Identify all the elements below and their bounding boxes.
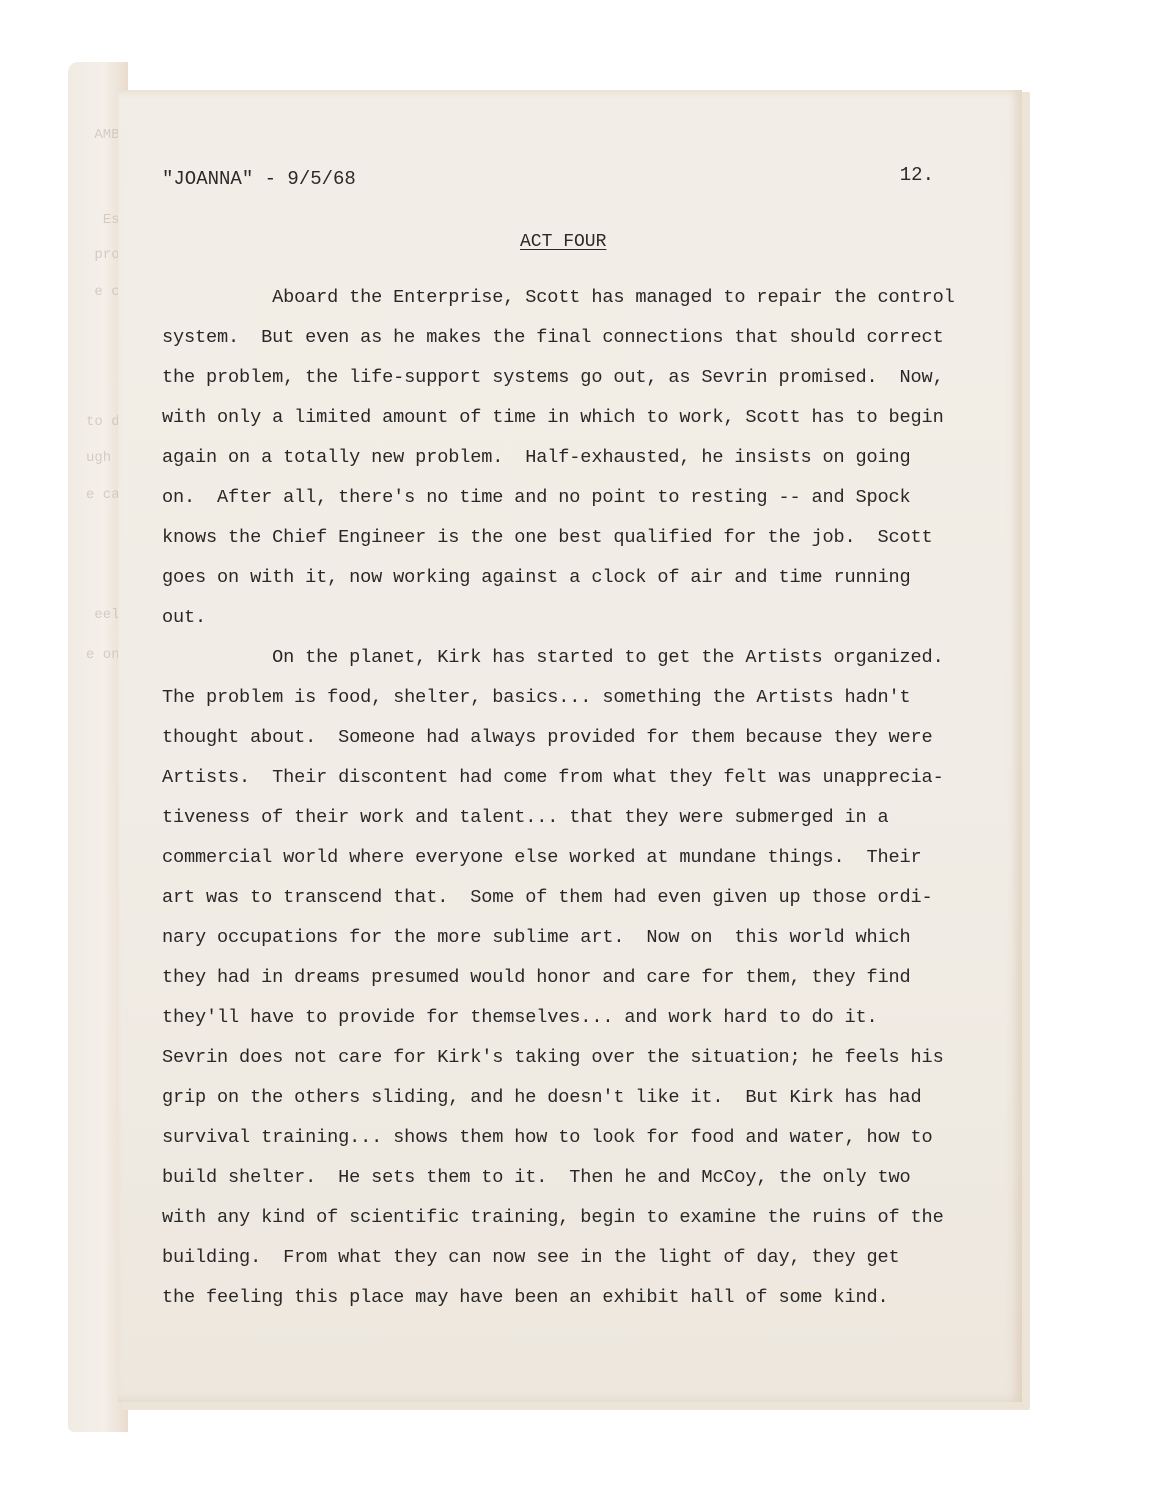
text-line: build shelter. He sets them to it. Then … [162, 1158, 1022, 1198]
text-line: art was to transcend that. Some of them … [162, 878, 1022, 918]
text-line: Aboard the Enterprise, Scott has managed… [162, 278, 1022, 318]
text-line: goes on with it, now working against a c… [162, 558, 1022, 598]
text-line: the feeling this place may have been an … [162, 1278, 1022, 1318]
section-title: ACT FOUR [520, 232, 606, 252]
text-line: they had in dreams presumed would honor … [162, 958, 1022, 998]
script-title-header: "JOANNA" - 9/5/68 [162, 168, 356, 190]
text-line: survival training... shows them how to l… [162, 1118, 1022, 1158]
body-text: Aboard the Enterprise, Scott has managed… [162, 278, 1022, 1318]
text-line: system. But even as he makes the final c… [162, 318, 1022, 358]
text-line: on. After all, there's no time and no po… [162, 478, 1022, 518]
text-line: commercial world where everyone else wor… [162, 838, 1022, 878]
text-line: nary occupations for the more sublime ar… [162, 918, 1022, 958]
page-number: 12. [900, 164, 934, 186]
text-line: Sevrin does not care for Kirk's taking o… [162, 1038, 1022, 1078]
text-line: knows the Chief Engineer is the one best… [162, 518, 1022, 558]
text-line: The problem is food, shelter, basics... … [162, 678, 1022, 718]
paragraph: On the planet, Kirk has started to get t… [162, 638, 1022, 1318]
text-line: building. From what they can now see in … [162, 1238, 1022, 1278]
text-line: again on a totally new problem. Half-exh… [162, 438, 1022, 478]
text-line: tiveness of their work and talent... tha… [162, 798, 1022, 838]
text-line: with only a limited amount of time in wh… [162, 398, 1022, 438]
text-line: they'll have to provide for themselves..… [162, 998, 1022, 1038]
paragraph: Aboard the Enterprise, Scott has managed… [162, 278, 1022, 638]
text-line: the problem, the life-support systems go… [162, 358, 1022, 398]
text-line: On the planet, Kirk has started to get t… [162, 638, 1022, 678]
text-line: out. [162, 598, 1022, 638]
text-line: grip on the others sliding, and he doesn… [162, 1078, 1022, 1118]
text-line: Artists. Their discontent had come from … [162, 758, 1022, 798]
script-page: "JOANNA" - 9/5/68 12. ACT FOUR Aboard th… [118, 90, 1022, 1402]
text-line: with any kind of scientific training, be… [162, 1198, 1022, 1238]
text-line: thought about. Someone had always provid… [162, 718, 1022, 758]
